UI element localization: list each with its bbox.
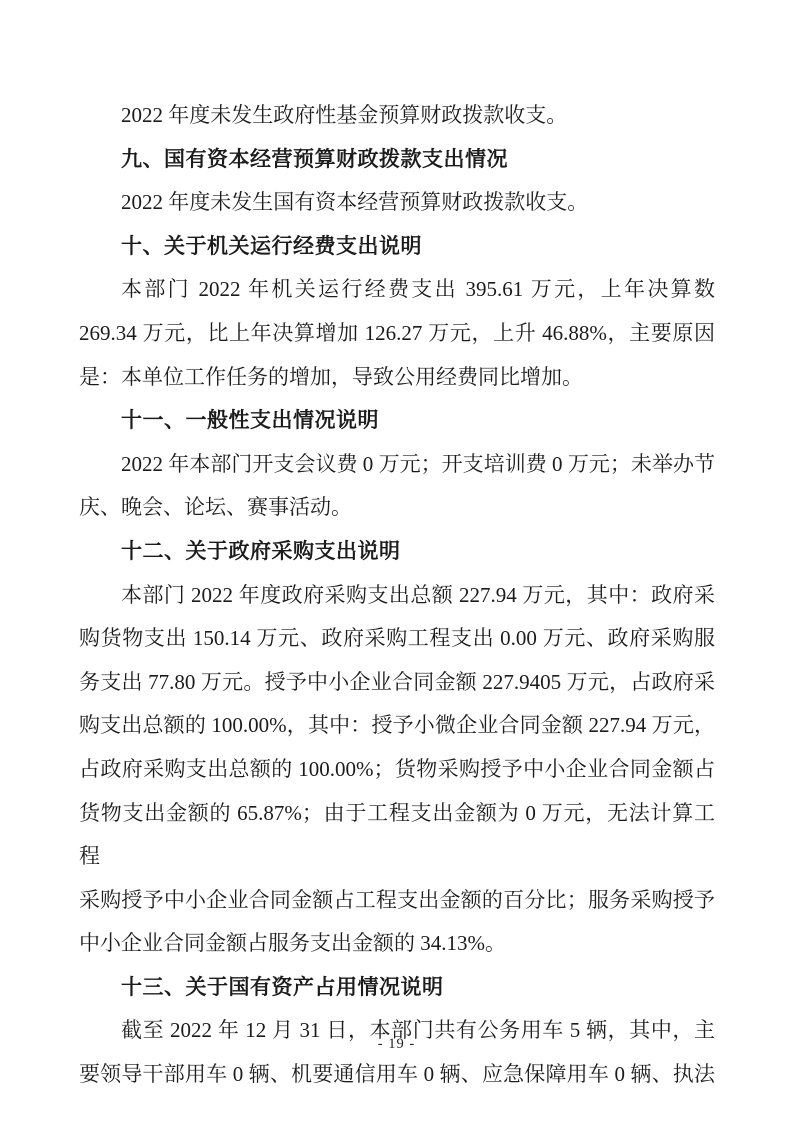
section-heading: 十一、一般性支出情况说明 bbox=[79, 399, 715, 443]
paragraph-line: 本部门 2022 年度政府采购支出总额 227.94 万元，其中：政府采 bbox=[79, 574, 715, 618]
body-paragraph: 2022 年度未发生国有资本经营预算财政拨款收支。 bbox=[79, 181, 715, 225]
heading-line: 十二、关于政府采购支出说明 bbox=[79, 530, 715, 574]
paragraph-line: 占政府采购支出总额的 100.00%；货物采购授予中小企业合同金额占 bbox=[79, 748, 715, 792]
paragraph-line: 采购授予中小企业合同金额占工程支出金额的百分比；服务采购授予 bbox=[79, 879, 715, 923]
paragraph-line: 购支出总额的 100.00%，其中：授予小微企业合同金额 227.94 万元， bbox=[79, 704, 715, 748]
heading-line: 十、关于机关运行经费支出说明 bbox=[79, 225, 715, 269]
document-content: 2022 年度未发生政府性基金预算财政拨款收支。九、国有资本经营预算财政拨款支出… bbox=[79, 94, 715, 1097]
paragraph-line: 2022 年度未发生国有资本经营预算财政拨款收支。 bbox=[79, 181, 715, 225]
paragraph-line: 务支出 77.80 万元。授予中小企业合同金额 227.9405 万元，占政府采 bbox=[79, 661, 715, 705]
paragraph-line: 是：本单位工作任务的增加，导致公用经费同比增加。 bbox=[79, 356, 715, 400]
paragraph-line: 货物支出金额的 65.87%；由于工程支出金额为 0 万元，无法计算工程 bbox=[79, 792, 715, 879]
section-heading: 十二、关于政府采购支出说明 bbox=[79, 530, 715, 574]
body-paragraph: 2022 年度未发生政府性基金预算财政拨款收支。 bbox=[79, 94, 715, 138]
paragraph-line: 2022 年度未发生政府性基金预算财政拨款收支。 bbox=[79, 94, 715, 138]
paragraph-line: 庆、晚会、论坛、赛事活动。 bbox=[79, 486, 715, 530]
paragraph-line: 购货物支出 150.14 万元、政府采购工程支出 0.00 万元、政府采购服 bbox=[79, 617, 715, 661]
section-heading: 九、国有资本经营预算财政拨款支出情况 bbox=[79, 138, 715, 182]
paragraph-line: 中小企业合同金额占服务支出金额的 34.13%。 bbox=[79, 922, 715, 966]
document-page: 2022 年度未发生政府性基金预算财政拨款收支。九、国有资本经营预算财政拨款支出… bbox=[0, 0, 793, 1122]
paragraph-line: 本部门 2022 年机关运行经费支出 395.61 万元，上年决算数 bbox=[79, 268, 715, 312]
heading-line: 十一、一般性支出情况说明 bbox=[79, 399, 715, 443]
body-paragraph: 2022 年本部门开支会议费 0 万元；开支培训费 0 万元；未举办节庆、晚会、… bbox=[79, 443, 715, 530]
heading-line: 十三、关于国有资产占用情况说明 bbox=[79, 966, 715, 1010]
page-number: - 19 - bbox=[0, 1036, 793, 1053]
paragraph-line: 269.34 万元，比上年决算增加 126.27 万元，上升 46.88%，主要… bbox=[79, 312, 715, 356]
body-paragraph: 本部门 2022 年机关运行经费支出 395.61 万元，上年决算数269.34… bbox=[79, 268, 715, 399]
paragraph-line: 2022 年本部门开支会议费 0 万元；开支培训费 0 万元；未举办节 bbox=[79, 443, 715, 487]
body-paragraph: 截至 2022 年 12 月 31 日，本部门共有公务用车 5 辆，其中，主要领… bbox=[79, 1009, 715, 1096]
heading-line: 九、国有资本经营预算财政拨款支出情况 bbox=[79, 138, 715, 182]
paragraph-line: 要领导干部用车 0 辆、机要通信用车 0 辆、应急保障用车 0 辆、执法 bbox=[79, 1053, 715, 1097]
section-heading: 十三、关于国有资产占用情况说明 bbox=[79, 966, 715, 1010]
body-paragraph: 本部门 2022 年度政府采购支出总额 227.94 万元，其中：政府采购货物支… bbox=[79, 574, 715, 966]
section-heading: 十、关于机关运行经费支出说明 bbox=[79, 225, 715, 269]
